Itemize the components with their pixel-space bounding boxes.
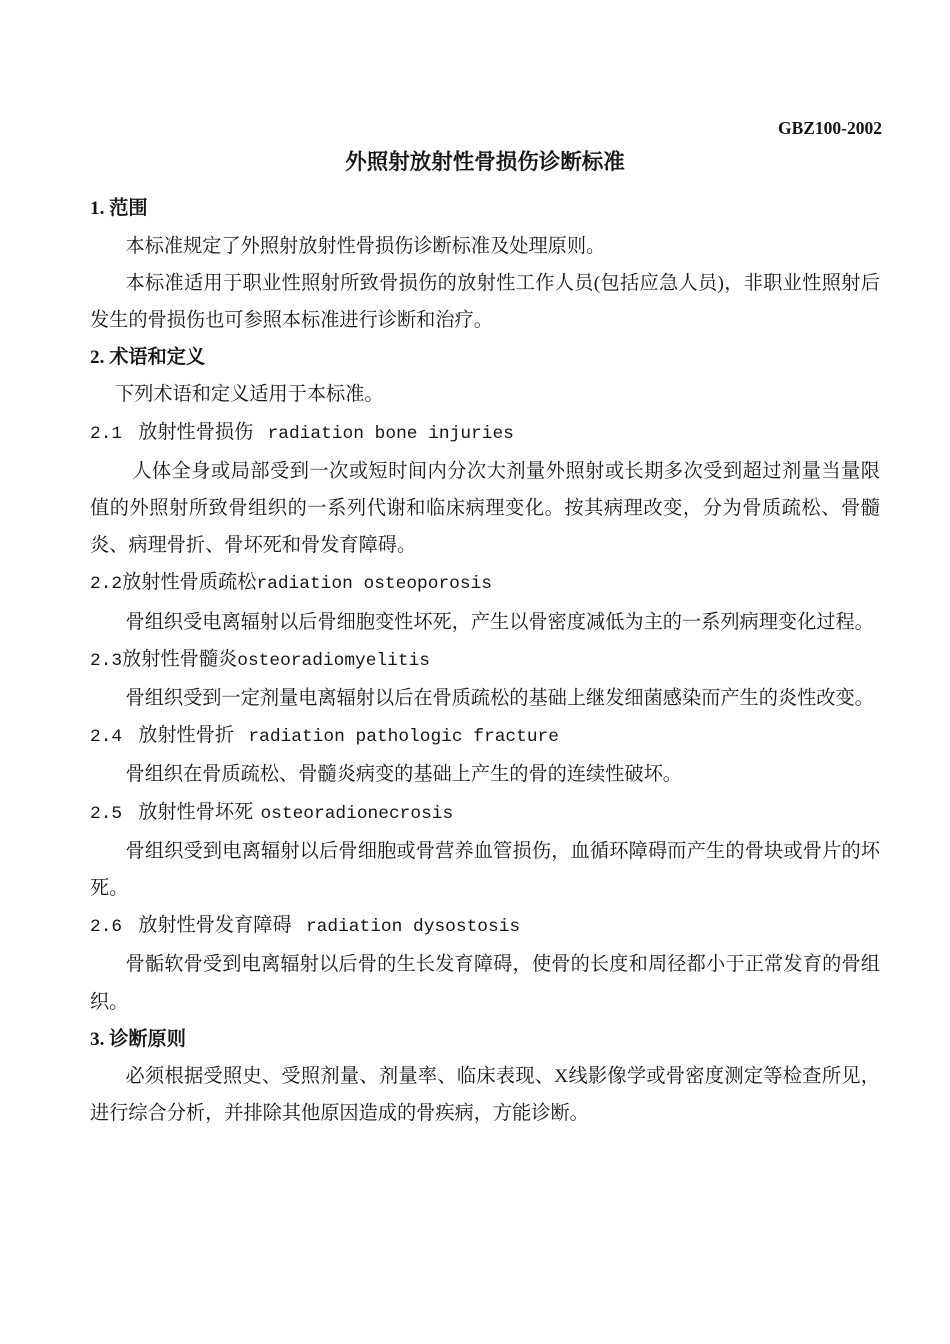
term-name-zh: 放射性骨髓炎 <box>122 649 237 670</box>
term-name-zh: 放射性骨损伤 <box>138 422 253 443</box>
term-number: 2.6 <box>90 917 122 937</box>
term-number: 2.3 <box>90 651 122 671</box>
term-heading-2-2: 2.2放射性骨质疏松radiation osteoporosis <box>90 564 880 603</box>
paragraph: 必须根据受照史、受照剂量、剂量率、临床表现、X线影像学或骨密度测定等检查所见，进… <box>90 1058 880 1132</box>
page-title: 外照射放射性骨损伤诊断标准 <box>0 148 950 176</box>
term-name-en: radiation bone injuries <box>268 424 514 444</box>
section-heading-3: 3. 诊断原则 <box>90 1021 880 1058</box>
paragraph: 本标准适用于职业性照射所致骨损伤的放射性工作人员(包括应急人员)，非职业性照射后… <box>90 265 880 339</box>
term-number: 2.1 <box>90 424 122 444</box>
term-name-zh: 放射性骨折 <box>138 725 234 746</box>
section-heading-2: 2. 术语和定义 <box>90 339 880 376</box>
term-definition: 人体全身或局部受到一次或短时间内分次大剂量外照射或长期多次受到超过剂量当量限值的… <box>90 453 880 565</box>
term-definition: 骨骺软骨受到电离辐射以后骨的生长发育障碍，使骨的长度和周径都小于正常发育的骨组织… <box>90 946 880 1020</box>
term-heading-2-3: 2.3放射性骨髓炎osteoradiomyelitis <box>90 641 880 680</box>
term-name-en: radiation dysostosis <box>306 917 520 937</box>
term-definition: 骨组织受到一定剂量电离辐射以后在骨质疏松的基础上继发细菌感染而产生的炎性改变。 <box>90 680 880 717</box>
term-name-zh: 放射性骨发育障碍 <box>138 915 292 936</box>
term-definition: 骨组织在骨质疏松、骨髓炎病变的基础上产生的骨的连续性破坏。 <box>90 756 880 793</box>
document-body: 1. 范围 本标准规定了外照射放射性骨损伤诊断标准及处理原则。 本标准适用于职业… <box>0 190 950 1132</box>
term-number: 2.4 <box>90 727 122 747</box>
section-heading-1: 1. 范围 <box>90 190 880 227</box>
document-page: GBZ100-2002 外照射放射性骨损伤诊断标准 1. 范围 本标准规定了外照… <box>0 0 950 1344</box>
term-heading-2-4: 2.4放射性骨折radiation pathologic fracture <box>90 717 880 756</box>
term-heading-2-5: 2.5放射性骨坏死osteoradionecrosis <box>90 794 880 833</box>
doc-code: GBZ100-2002 <box>0 0 950 138</box>
term-name-en: osteoradionecrosis <box>260 804 453 824</box>
term-heading-2-1: 2.1放射性骨损伤radiation bone injuries <box>90 414 880 453</box>
term-definition: 骨组织受电离辐射以后骨细胞变性坏死，产生以骨密度减低为主的一系列病理变化过程。 <box>90 604 880 641</box>
term-name-zh: 放射性骨质疏松 <box>122 572 256 593</box>
term-name-en: radiation osteoporosis <box>256 574 492 594</box>
term-number: 2.2 <box>90 574 122 594</box>
term-name-zh: 放射性骨坏死 <box>138 802 253 823</box>
paragraph: 本标准规定了外照射放射性骨损伤诊断标准及处理原则。 <box>90 228 880 265</box>
term-definition: 骨组织受到电离辐射以后骨细胞或骨营养血管损伤，血循环障碍而产生的骨块或骨片的坏死… <box>90 833 880 907</box>
term-name-en: osteoradiomyelitis <box>237 651 430 671</box>
term-heading-2-6: 2.6放射性骨发育障碍radiation dysostosis <box>90 907 880 946</box>
term-name-en: radiation pathologic fracture <box>248 727 559 747</box>
paragraph: 下列术语和定义适用于本标准。 <box>90 376 880 413</box>
term-number: 2.5 <box>90 804 122 824</box>
